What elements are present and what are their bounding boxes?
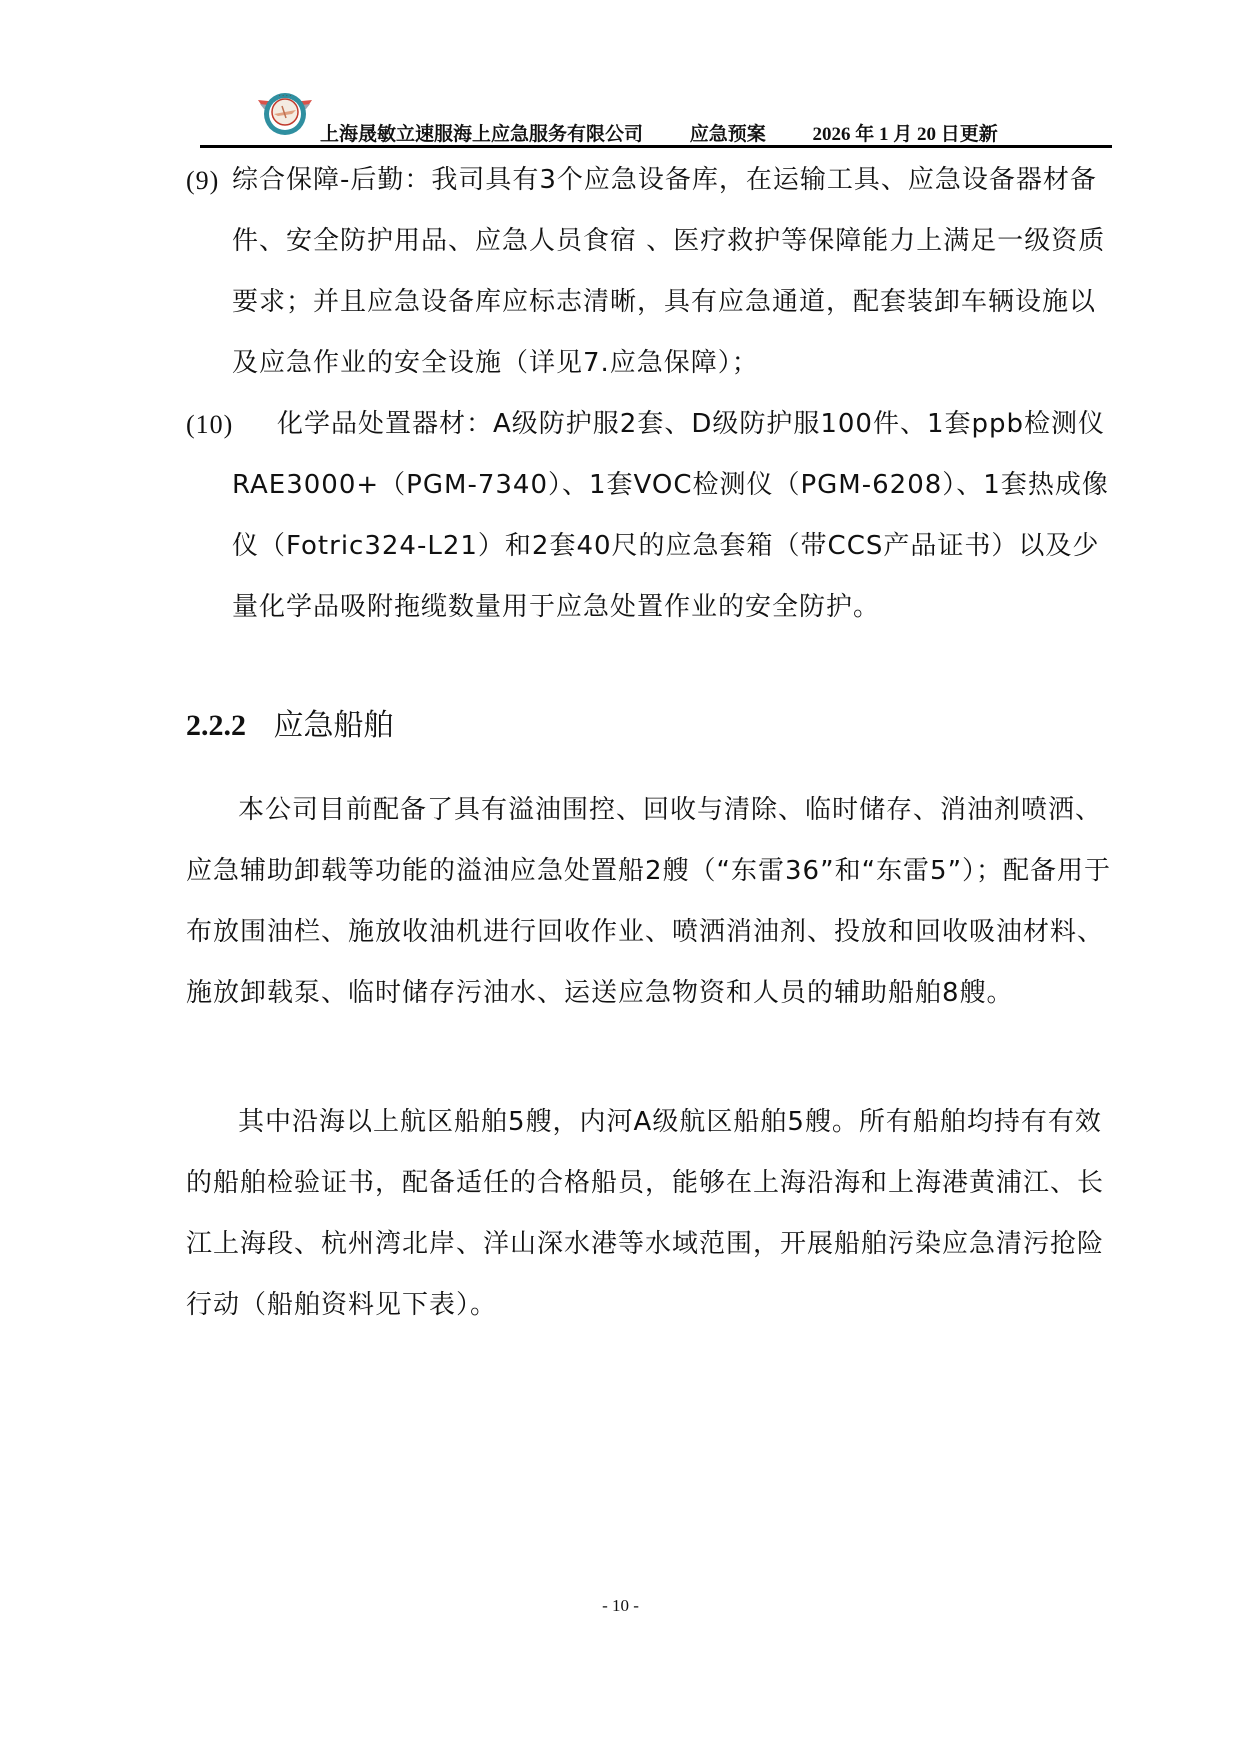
page-number: - 10 - — [0, 1596, 1241, 1616]
paragraph-vessels: 本公司目前配备了具有溢油围控、回收与清除、临时储存、消油剂喷洒、应急辅助卸载等功… — [186, 780, 1116, 1024]
paragraph-navigation-areas: 其中沿海以上航区船舶5艘，内河A级航区船舶5艘。所有船舶均持有有效的船舶检验证书… — [186, 1092, 1116, 1336]
list-item-9: (9) 综合保障-后勤：我司具有3个应急设备库，在运输工具、应急设备器材备件、安… — [186, 150, 1116, 394]
header-company-name: 上海晟敏立速服海上应急服务有限公司 — [320, 119, 643, 146]
svg-text:• • • •: • • • • — [278, 93, 291, 98]
header-updated-date: 2026 年 1 月 20 日更新 — [813, 119, 998, 146]
list-item-10: (10) 化学品处置器材：A级防护服2套、D级防护服100件、1套ppb检测仪R… — [186, 394, 1116, 638]
item-text: 化学品处置器材：A级防护服2套、D级防护服100件、1套ppb检测仪RAE300… — [232, 409, 1109, 622]
page-header: • • • • 上海晟敏立速服海上应急服务有限公司 应急预案 2026 年 1 … — [200, 86, 1112, 148]
section-title: 应急船舶 — [274, 708, 394, 743]
company-logo-icon: • • • • — [256, 90, 314, 140]
header-divider — [200, 145, 1112, 148]
header-text: 上海晟敏立速服海上应急服务有限公司 应急预案 2026 年 1 月 20 日更新 — [320, 119, 998, 146]
item-number: (9) — [186, 150, 219, 211]
item-text: 综合保障-后勤：我司具有3个应急设备库，在运输工具、应急设备器材备件、安全防护用… — [232, 165, 1105, 378]
list-section: (9) 综合保障-后勤：我司具有3个应急设备库，在运输工具、应急设备器材备件、安… — [186, 150, 1116, 638]
section-heading: 2.2.2 应急船舶 — [186, 700, 394, 744]
item-number: (10) — [186, 394, 233, 455]
section-number: 2.2.2 — [186, 709, 246, 742]
header-document-title: 应急预案 — [690, 119, 766, 146]
